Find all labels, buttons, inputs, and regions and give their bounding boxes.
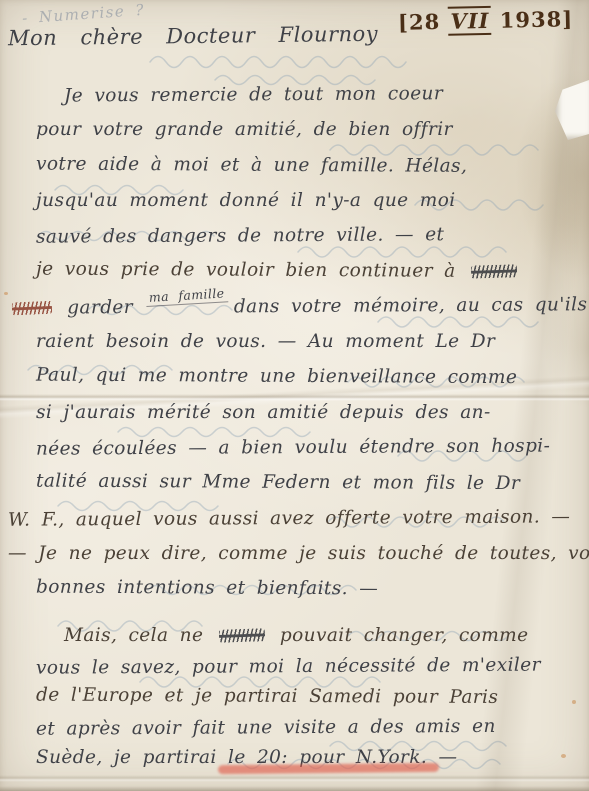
date-close: 1938] [491,6,573,33]
crossed-out-word [218,629,264,644]
handwritten-text: et après avoir fait une visite a des ami… [36,716,496,740]
date-open: [28 [398,9,449,35]
crossed-out-word [471,265,517,279]
handwritten-text: jusqu'au moment donné il n'y-a que moi [36,190,456,211]
handwritten-text: Suède, je partirai [36,747,228,768]
letter-line: bonnes intentions et bienfaits. — [36,577,584,615]
letter-scan: - Numerise ? [28 VII 1938] Mon chère Doc… [0,0,589,791]
letter-line: jusqu'au moment donné il n'y-a que moi [36,190,584,225]
handwritten-text: Je vous remercie de tout mon coeur [64,83,443,106]
handwritten-text: votre aide à moi et à une famille. Hélas… [36,153,467,176]
paper-edge [0,786,589,791]
letter-line: si j'aurais mérité son amitié depuis des… [36,402,584,437]
handwritten-text: si j'aurais mérité son amitié depuis des… [36,402,491,423]
letter-line: Je vous remercie de tout mon coeur [36,82,584,121]
letter-line: Mais, cela ne pouvait changer, comme [36,625,584,656]
letter-line: de l'Europe et je partirai Samedi pour P… [36,685,584,718]
crossed-out-word [12,301,52,316]
letter-line: vous le savez, pour moi la nécessité de … [36,654,584,688]
letter-line: raient besoin de vous. — Au moment Le Dr [36,331,584,366]
letter-body: Je vous remercie de tout mon coeurpour v… [36,84,584,778]
letter-line: W. F., auquel vous aussi avez offerte vo… [8,506,584,545]
foxing-speck [4,292,8,295]
letter-line: sauvé des dangers de notre ville. — et [36,224,584,263]
letter-line: pour votre grande amitié, de bien offrir [36,119,584,154]
date-month-roman: VII [448,6,492,36]
handwritten-text: pour votre grande amitié, de bien offrir [36,119,453,140]
date-stamp: [28 VII 1938] [398,6,574,35]
letter-line: Suède, je partirai le 20: pour N.York. — [36,747,584,778]
handwritten-text: vous le savez, pour moi la nécessité de … [36,655,541,679]
letter-line: Paul, qui me montre une bienveillance co… [36,365,584,403]
handwritten-text: talité aussi sur Mme Federn et mon fils … [36,471,520,495]
handwritten-text: W. F., auquel vous aussi avez offerte vo… [8,506,570,530]
letter-line: je vous prie de vouloir bien continuer à [36,259,584,297]
handwritten-text: garder [56,297,144,319]
red-underlined-text: le 20: pour N.York. [228,747,427,768]
handwritten-text: je vous prie de vouloir bien continuer à [36,259,467,282]
handwritten-text: pouvait changer, comme [269,625,529,646]
handwritten-text: Paul, qui me montre une bienveillance co… [36,365,517,389]
handwritten-text: bonnes intentions et bienfaits. — [36,577,378,600]
handwritten-text: Mais, cela ne [64,625,215,646]
letter-line: et après avoir fait une visite a des ami… [36,715,584,749]
inserted-text-above-line: ma famille [146,285,228,307]
handwritten-text: — Je ne peux dire, comme je suis touché … [8,543,589,564]
handwritten-text: nées écoulées — a bien voulu étendre son… [36,436,550,460]
handwritten-text: de l'Europe et je partirai Samedi pour P… [36,685,498,708]
handwritten-text: dans votre mémoire, au cas qu'ils au- [234,294,589,317]
salutation: Mon chère Docteur Flournoy [8,22,378,51]
letter-line: nées écoulées — a bien voulu étendre son… [36,435,584,474]
letter-line: talité aussi sur Mme Federn et mon fils … [36,471,584,509]
letter-line: garder ma familledans votre mémoire, au … [8,294,584,333]
pencil-annotation: - Numerise ? [22,1,146,28]
letter-line: — Je ne peux dire, comme je suis touché … [8,543,584,578]
letter-line: votre aide à moi et à une famille. Hélas… [36,153,584,191]
handwritten-text: raient besoin de vous. — Au moment Le Dr [36,331,495,352]
handwritten-text: sauvé des dangers de notre ville. — et [36,224,445,247]
